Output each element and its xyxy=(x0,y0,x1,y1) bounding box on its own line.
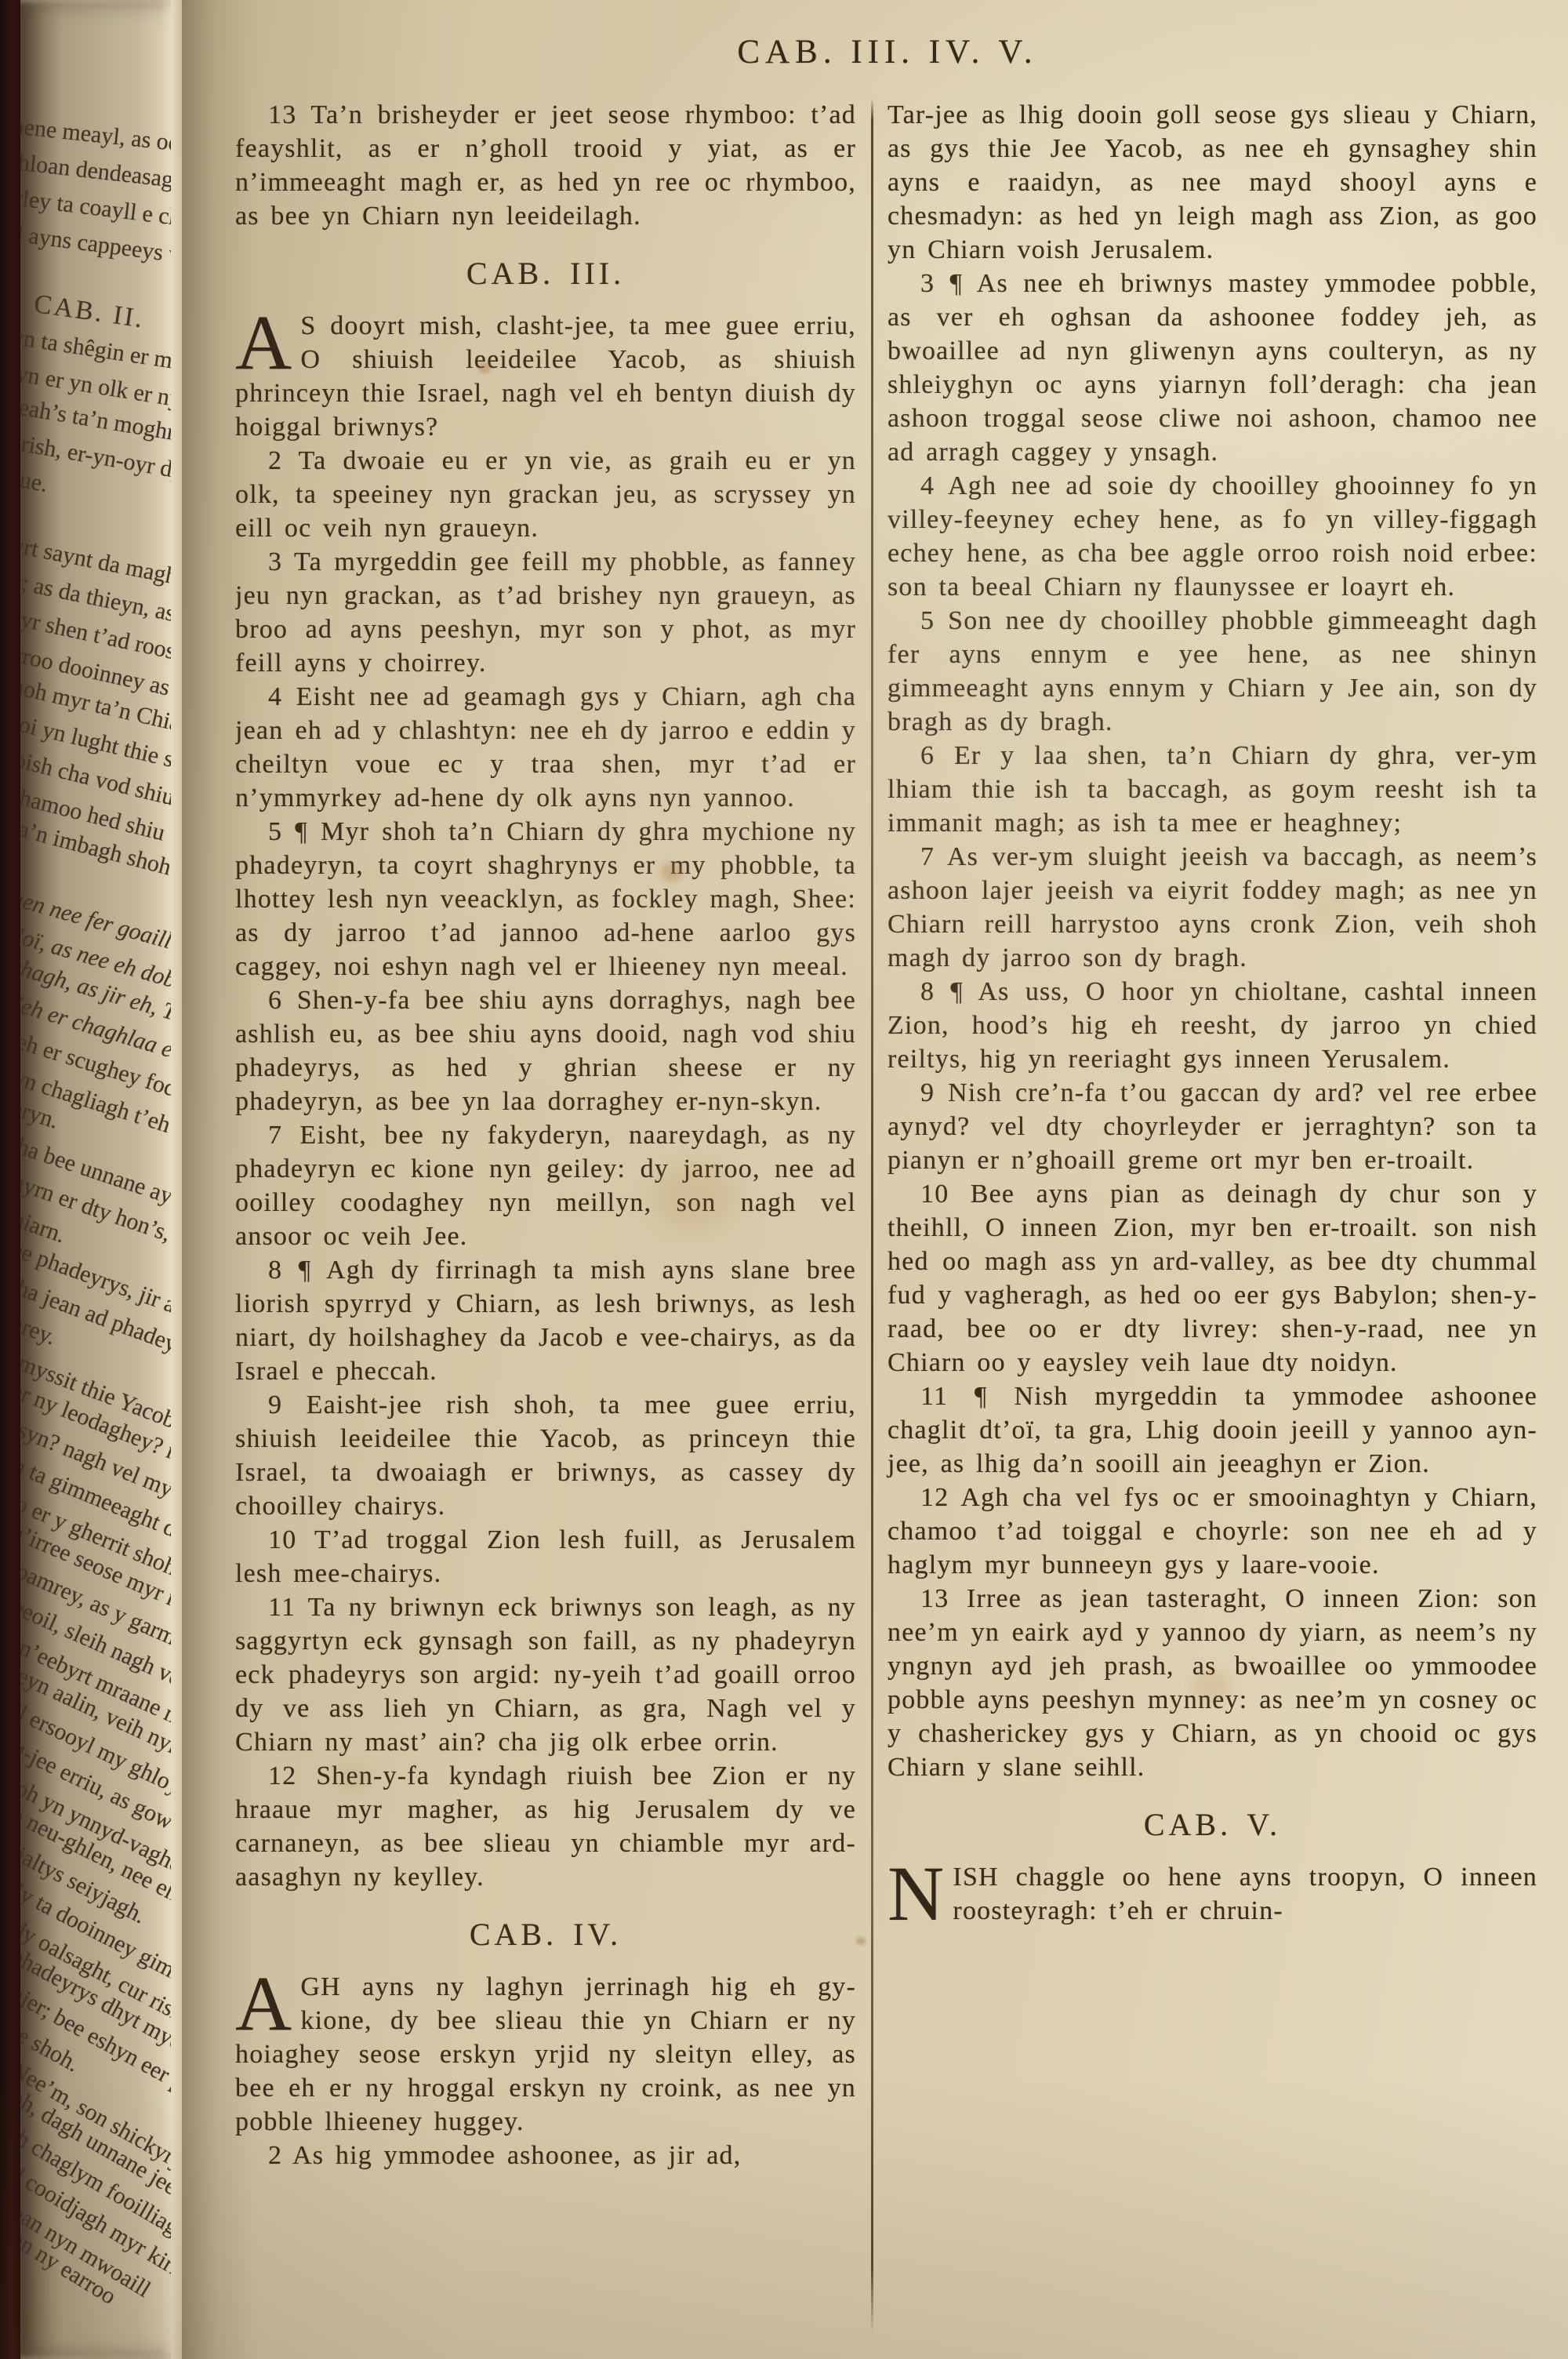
verse-paragraph: 8 ¶ Agh dy firrinagh ta mish ayns slane … xyxy=(235,1253,856,1388)
left-column: 13 Ta’n brisheyder er jeet seose rhymboo… xyxy=(235,98,856,2333)
verse-paragraph: 11 ¶ Nish myrgeddin ta ymmodee ashoonee … xyxy=(887,1379,1537,1481)
verse-text: S dooyrt mish, clasht-jee, ta mee guee e… xyxy=(235,311,856,442)
page-content: CAB. III. IV. V. 13 Ta’n brisheyder er j… xyxy=(235,33,1540,2333)
chapter-heading: CAB. III. xyxy=(235,256,856,290)
chapter-heading: CAB. IV. xyxy=(235,1917,856,1951)
verse-paragraph: 12 Agh cha vel fys oc er smooinaghtyn y … xyxy=(887,1481,1537,1582)
verse-paragraph: 5 Son nee dy chooilley phobble gimmeeagh… xyxy=(887,604,1537,739)
verse-paragraph: 4 Agh nee ad soie dy chooilley ghooinney… xyxy=(887,469,1537,604)
drop-cap: A xyxy=(235,1970,300,2034)
verse-paragraph: 6 Er y laa shen, ta’n Chiarn dy ghra, ve… xyxy=(887,739,1537,840)
chapter-heading: CAB. V. xyxy=(887,1808,1537,1841)
curled-previous-page: hene meayl, as oo hchloan dendeasagh; bu… xyxy=(20,0,171,2359)
verse-paragraph: 7 Eisht, bee ny fakyderyn, naareydagh, a… xyxy=(235,1118,856,1253)
verse-paragraph: 3 ¶ As nee eh briwnys mastey ymmodee pob… xyxy=(887,267,1537,469)
verse-paragraph: 4 Eisht nee ad geamagh gys y Chiarn, agh… xyxy=(235,680,856,815)
verse-text: ISH chaggle oo hene ayns troopyn, O inne… xyxy=(953,1863,1537,1925)
verse-paragraph: 7 As ver-ym sluight jeeish va baccagh, a… xyxy=(887,840,1537,975)
page-fold-highlight xyxy=(171,0,182,2359)
running-header: CAB. III. IV. V. xyxy=(235,33,1540,71)
verse-paragraph: 9 Eaisht-jee rish shoh, ta mee guee erri… xyxy=(235,1388,856,1523)
verse-paragraph: 8 ¶ As uss, O hoor yn chioltane, cashtal… xyxy=(887,975,1537,1076)
chapter-opening-paragraph: AGH ayns ny laghyn jerrinagh hig eh gy-k… xyxy=(235,1970,856,2139)
verse-paragraph: Tar-jee as lhig dooin goll seose gys sli… xyxy=(887,98,1537,267)
verse-paragraph: 10 T’ad troggal Zion lesh fuill, as Jeru… xyxy=(235,1523,856,1590)
verse-paragraph: 6 Shen-y-fa bee shiu ayns dorraghys, nag… xyxy=(235,983,856,1118)
drop-cap: A xyxy=(235,309,300,373)
verse-paragraph: 13 Irree as jean tasteraght, O inneen Zi… xyxy=(887,1582,1537,1784)
chapter-opening-paragraph: AS dooyrt mish, clasht-jee, ta mee guee … xyxy=(235,309,856,444)
text-columns: 13 Ta’n brisheyder er jeet seose rhymboo… xyxy=(235,98,1540,2333)
verse-paragraph: 9 Nish cre’n-fa t’ou gaccan dy ard? vel … xyxy=(887,1076,1537,1177)
verse-paragraph: 12 Shen-y-fa kyndagh riuish bee Zion er … xyxy=(235,1759,856,1894)
chapter-opening-paragraph: NISH chaggle oo hene ayns troopyn, O inn… xyxy=(887,1860,1537,1928)
right-column: Tar-jee as lhig dooin goll seose gys sli… xyxy=(887,98,1537,2333)
verse-paragraph: 10 Bee ayns pian as deinagh dy chur son … xyxy=(887,1177,1537,1379)
verse-text: GH ayns ny laghyn jerrinagh hig eh gy-ki… xyxy=(235,1972,856,2136)
book-page-photo: hene meayl, as oo hchloan dendeasagh; bu… xyxy=(0,0,1568,2359)
verse-paragraph: 3 Ta myrgeddin gee feill my phobble, as … xyxy=(235,545,856,680)
verse-paragraph: 11 Ta ny briwnyn eck briwnys son leagh, … xyxy=(235,1590,856,1759)
verse-paragraph: 2 Ta dwoaie eu er yn vie, as graih eu er… xyxy=(235,444,856,545)
verse-paragraph: 13 Ta’n brisheyder er jeet seose rhymboo… xyxy=(235,98,856,233)
verse-paragraph: 5 ¶ Myr shoh ta’n Chiarn dy ghra mychion… xyxy=(235,815,856,983)
book-spine-edge xyxy=(0,0,20,2359)
drop-cap: N xyxy=(887,1860,953,1925)
verse-paragraph: 2 As hig ymmodee ashoonee, as jir ad, xyxy=(235,2139,856,2172)
column-divider-rule xyxy=(871,98,873,2333)
curled-page-text: hene meayl, as oo hchloan dendeasagh; bu… xyxy=(20,108,171,2254)
